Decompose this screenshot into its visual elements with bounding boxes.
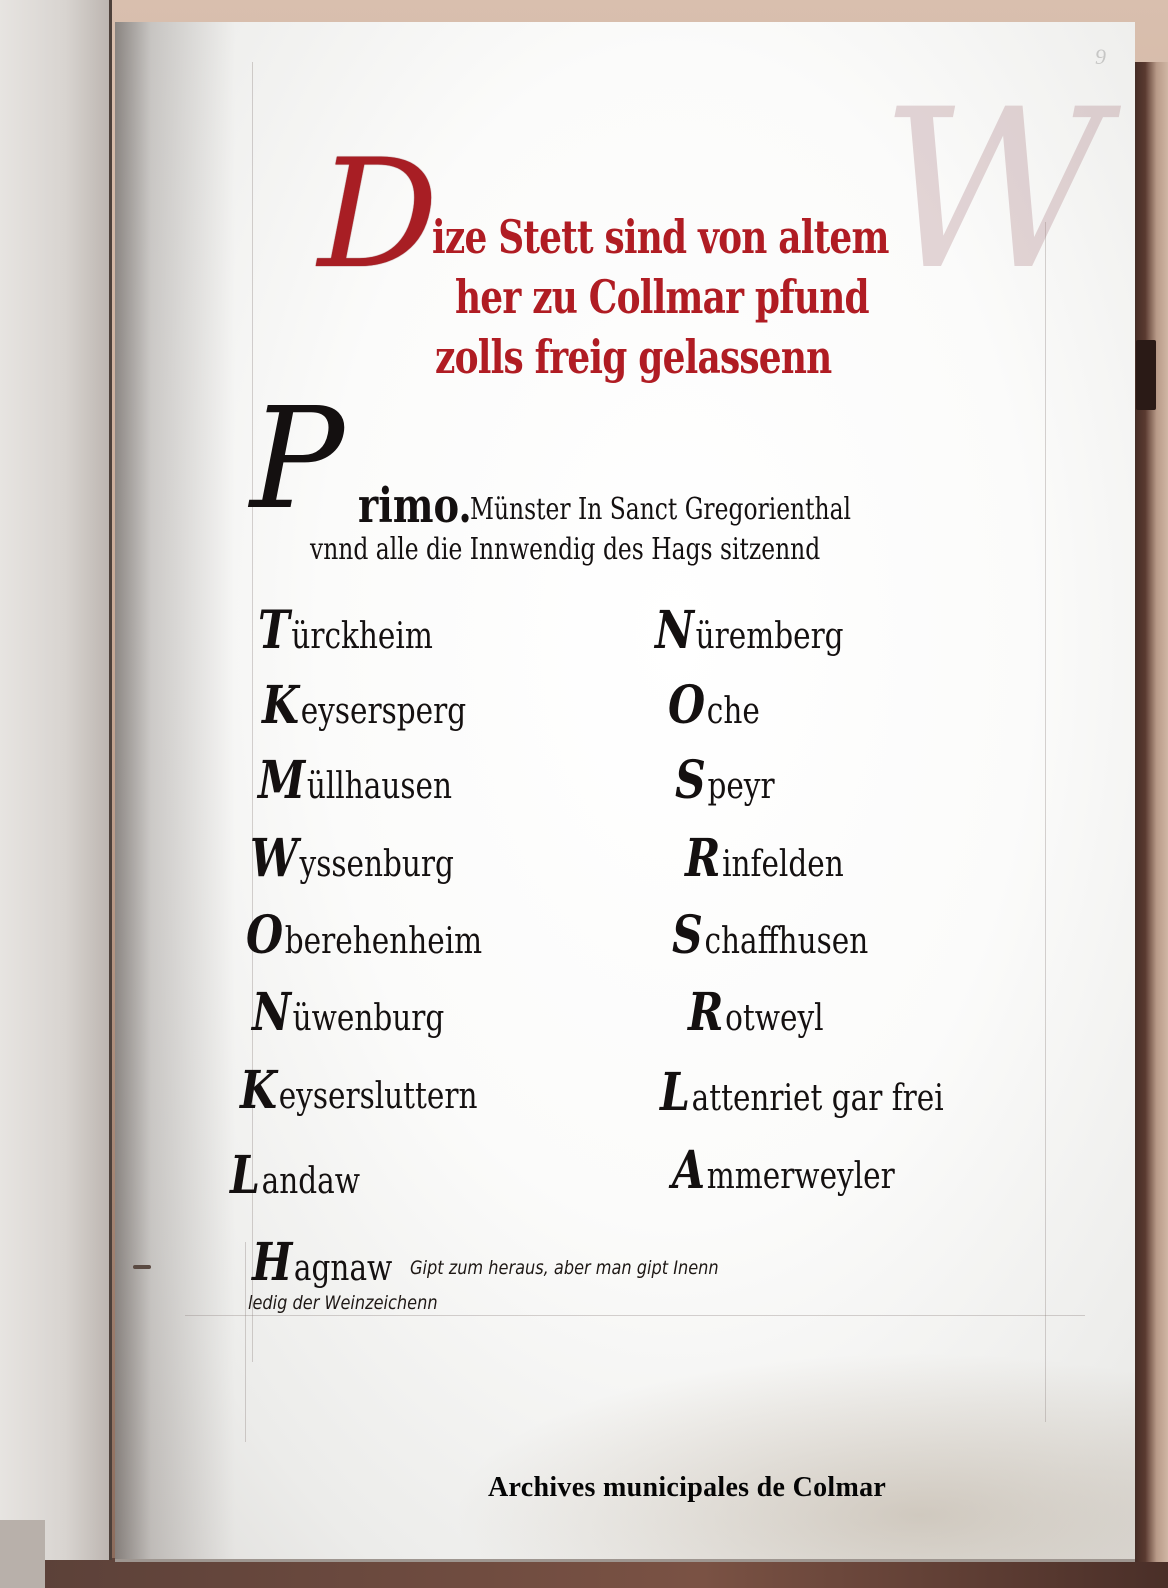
black-initial-p: P xyxy=(250,390,344,530)
left-facing-page xyxy=(0,0,112,1560)
city-keysersperg: Keysersperg xyxy=(262,675,466,736)
city-mullhausen: Müllhausen xyxy=(258,750,452,811)
left-page-edge xyxy=(0,1520,45,1588)
cover-clasp xyxy=(1136,340,1156,410)
city-rinfelden: Rinfelden xyxy=(685,828,844,889)
city-landaw: Landaw xyxy=(230,1145,360,1206)
intro-line-2: vnnd alle die Innwendig des Hags sitzenn… xyxy=(310,532,820,567)
city-hagnaw: Hagnaw xyxy=(252,1232,392,1293)
ghost-initial-show-through: W xyxy=(880,80,1106,300)
city-lattenriet: Lattenriet gar frei xyxy=(660,1062,944,1123)
heading-line-2: her zu Collmar pfund xyxy=(455,270,869,324)
ruling-line xyxy=(185,1315,1085,1316)
photo-scene: 9 W D ize Stett sind von altem her zu Co… xyxy=(0,0,1168,1588)
city-schaffhusen: Schaffhusen xyxy=(672,905,868,966)
heading-line-3: zolls freig gelassenn xyxy=(435,330,831,384)
city-oche: Oche xyxy=(668,675,760,736)
city-rotweyl: Rotweyl xyxy=(688,982,824,1043)
intro-line-1: Münster In Sanct Gregorienthal xyxy=(470,492,851,527)
primo-word: rimo. xyxy=(358,478,472,534)
city-oberehenheim: Oberehenheim xyxy=(246,905,482,966)
city-speyr: Speyr xyxy=(675,750,775,811)
hagnaw-note-line-2: ledig der Weinzeichenn xyxy=(248,1292,438,1314)
hagnaw-note-line-1: Gipt zum heraus, aber man gipt Inenn xyxy=(410,1257,719,1279)
city-keysersluttern: Keysersluttern xyxy=(240,1060,478,1121)
water-stain xyxy=(415,1339,1135,1559)
gutter-shadow xyxy=(115,22,235,1559)
archive-caption: Archives municipales de Colmar xyxy=(488,1472,886,1504)
city-ammerweyler: Ammerweyler xyxy=(672,1140,895,1201)
ruling-line xyxy=(245,1242,246,1442)
heading-line-1: ize Stett sind von altem xyxy=(432,210,889,264)
book-cover-edge xyxy=(1130,62,1168,1562)
ruling-line xyxy=(1045,222,1046,1422)
city-nuwenburg: Nüwenburg xyxy=(252,982,444,1043)
margin-mark xyxy=(133,1265,151,1269)
table-surface xyxy=(0,1558,1168,1588)
city-turckheim: Türckheim xyxy=(258,600,433,661)
red-initial-d: D xyxy=(318,140,438,290)
city-wyssenburg: Wyssenburg xyxy=(250,828,454,889)
city-nuremberg: Nüremberg xyxy=(655,600,844,661)
